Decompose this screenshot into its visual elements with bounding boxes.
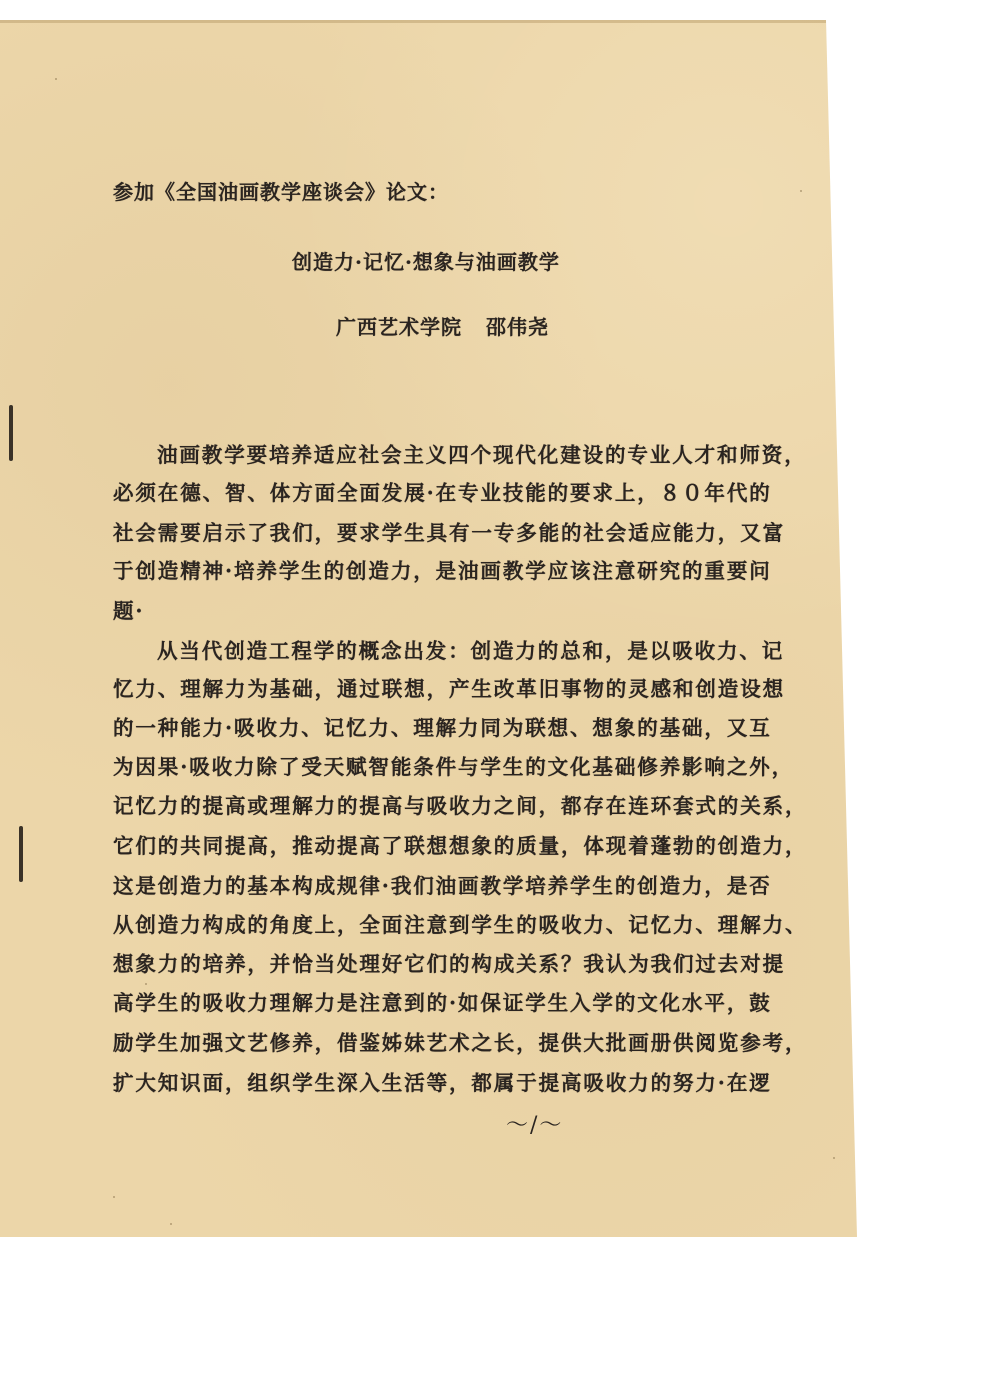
body-line: 忆力、理解力为基础，通过联想，产生改革旧事物的灵感和创造设想 bbox=[113, 672, 785, 702]
body-line: 于创造精神·培养学生的创造力，是油画教学应该注意研究的重要问 bbox=[113, 554, 772, 584]
paper-speck bbox=[113, 1196, 115, 1198]
document-title: 创造力·记忆·想象与油画教学 bbox=[292, 246, 560, 275]
document-author: 广西艺术学院邵伟尧 bbox=[336, 311, 549, 340]
paper-top-edge bbox=[0, 20, 826, 23]
body-line: 高学生的吸收力理解力是注意到的·如保证学生入学的文化水平，鼓 bbox=[113, 986, 772, 1016]
body-line: 必须在德、智、体方面全面发展·在专业技能的要求上，８０年代的 bbox=[113, 476, 772, 506]
binding-mark-top bbox=[9, 405, 13, 461]
body-line: 励学生加强文艺修养，借鉴姊妹艺术之长，提供大批画册供阅览参考， bbox=[113, 1026, 807, 1056]
body-line: 想象力的培养，并恰当处理好它们的构成关系？我认为我们过去对提 bbox=[113, 947, 785, 977]
paper-speck bbox=[833, 1157, 835, 1159]
body-line: 油画教学要培养适应社会主义四个现代化建设的专业人才和师资， bbox=[157, 438, 807, 468]
paper-speck bbox=[55, 78, 57, 80]
author-name: 邵伟尧 bbox=[486, 315, 549, 339]
paper-speck bbox=[170, 1223, 172, 1225]
body-line: 扩大知识面，组织学生深入生活等，都属于提高吸收力的努力·在逻 bbox=[113, 1066, 772, 1096]
binding-mark-bottom bbox=[19, 826, 23, 882]
paper-speck bbox=[800, 190, 802, 192]
body-line: 为因果·吸收力除了受天赋智能条件与学生的文化基础修养影响之外， bbox=[113, 750, 794, 780]
body-line: 的一种能力·吸收力、记忆力、理解力同为联想、想象的基础，又互 bbox=[113, 711, 772, 741]
body-line: 这是创造力的基本构成规律·我们油画教学培养学生的创造力，是否 bbox=[113, 869, 772, 899]
body-line: 题· bbox=[113, 594, 144, 624]
body-line: 记忆力的提高或理解力的提高与吸收力之间，都存在连环套式的关系， bbox=[113, 789, 807, 819]
body-line: 社会需要启示了我们，要求学生具有一专多能的社会适应能力，又富 bbox=[113, 516, 785, 546]
author-institution: 广西艺术学院 bbox=[336, 315, 462, 339]
body-line: 从当代创造工程学的概念出发：创造力的总和，是以吸收力、记 bbox=[157, 634, 784, 664]
document-header: 参加《全国油画教学座谈会》论文： bbox=[113, 176, 449, 205]
body-line: 从创造力构成的角度上，全面注意到学生的吸收力、记忆力、理解力、 bbox=[113, 908, 807, 938]
paper-speck bbox=[145, 983, 147, 985]
body-line: 它们的共同提高，推动提高了联想想象的质量，体现着蓬勃的创造力， bbox=[113, 829, 807, 859]
page-number: ～/～ bbox=[506, 1108, 563, 1139]
